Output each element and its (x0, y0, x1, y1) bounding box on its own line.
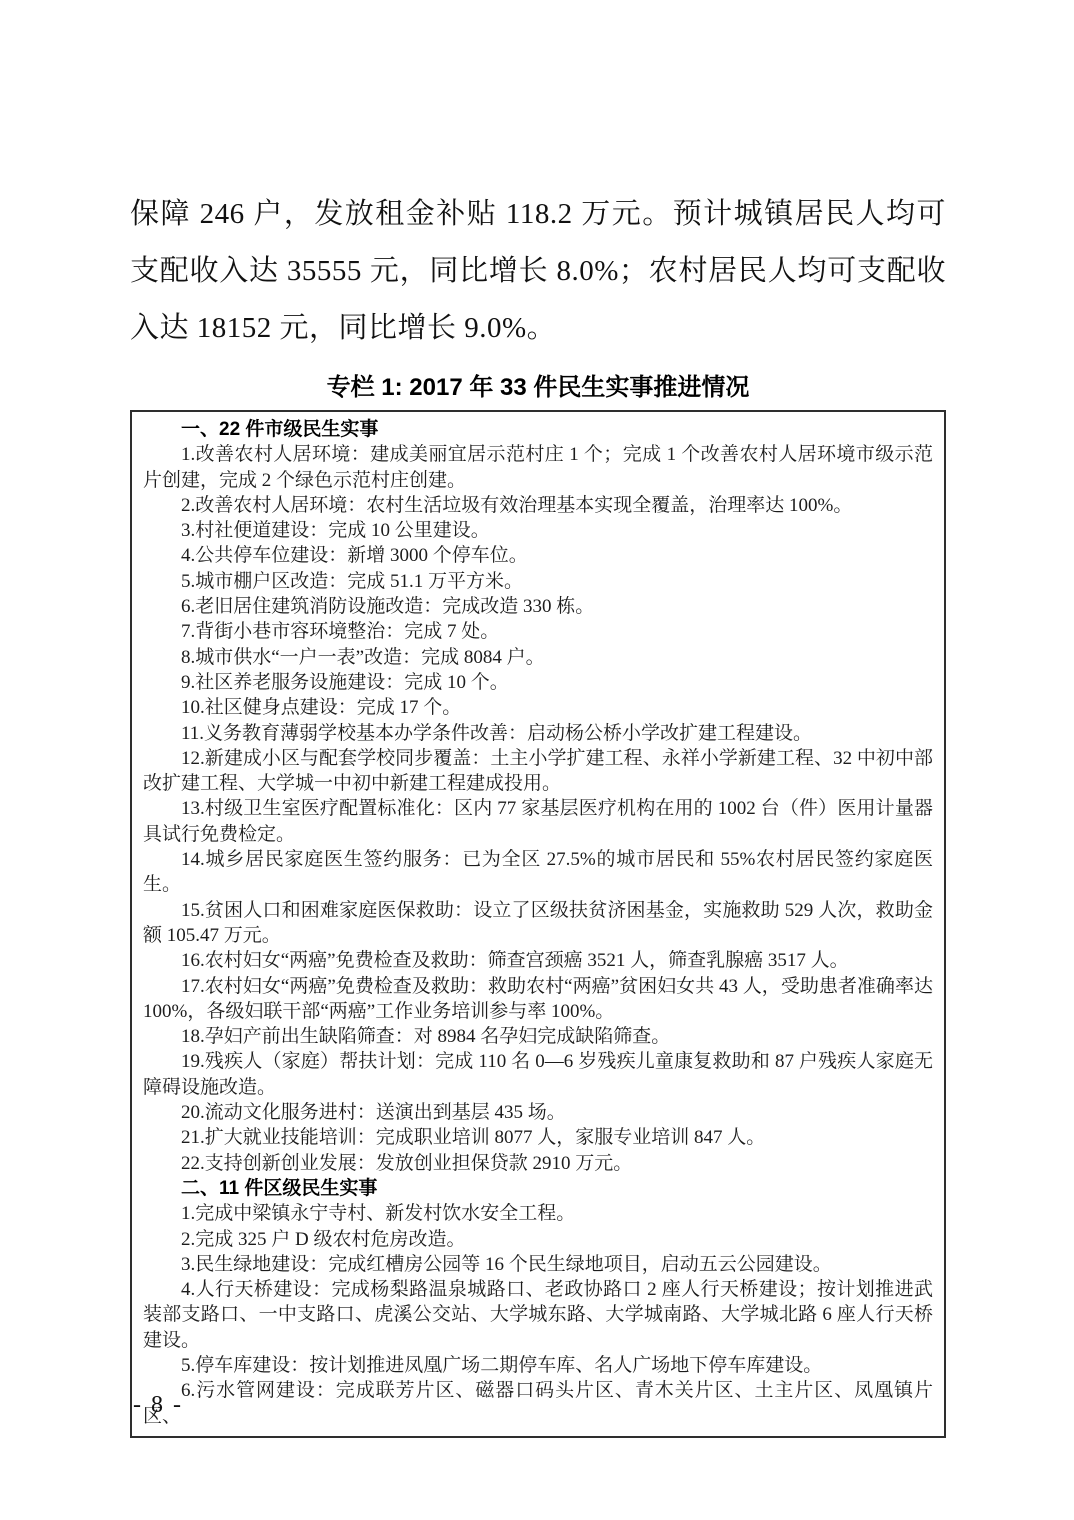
list-item: 3.村社便道建设：完成 10 公里建设。 (143, 518, 933, 543)
list-item: 13.村级卫生室医疗配置标准化：区内 77 家基层医疗机构在用的 1002 台（… (143, 796, 933, 847)
list-item: 12.新建成小区与配套学校同步覆盖：土主小学扩建工程、永祥小学新建工程、32 中… (143, 746, 933, 797)
highlight-box: 一、22 件市级民生实事 1.改善农村人居环境：建成美丽宜居示范村庄 1 个；完… (130, 410, 946, 1438)
list-item: 17.农村妇女“两癌”免费检查及救助：救助农村“两癌”贫困妇女共 43 人，受助… (143, 974, 933, 1025)
list-item: 6.老旧居住建筑消防设施改造：完成改造 330 栋。 (143, 594, 933, 619)
list-item: 4.公共停车位建设：新增 3000 个停车位。 (143, 543, 933, 568)
list-item: 5.停车库建设：按计划推进凤凰广场二期停车库、名人广场地下停车库建设。 (143, 1353, 933, 1378)
section-heading-district: 二、11 件区级民生实事 (143, 1176, 933, 1201)
list-item: 16.农村妇女“两癌”免费检查及救助：筛查宫颈癌 3521 人，筛查乳腺癌 35… (143, 948, 933, 973)
list-item: 3.民生绿地建设：完成红槽房公园等 16 个民生绿地项目，启动五云公园建设。 (143, 1252, 933, 1277)
list-item: 18.孕妇产前出生缺陷筛查：对 8984 名孕妇完成缺陷筛查。 (143, 1024, 933, 1049)
list-item: 6.污水管网建设：完成联芳片区、磁器口码头片区、青木关片区、土主片区、凤凰镇片区… (143, 1378, 933, 1429)
list-item: 8.城市供水“一户一表”改造：完成 8084 户。 (143, 645, 933, 670)
list-item: 15.贫困人口和困难家庭医保救助：设立了区级扶贫济困基金，实施救助 529 人次… (143, 898, 933, 949)
document-body: 保障 246 户，发放租金补贴 118.2 万元。预计城镇居民人均可支配收入达 … (130, 186, 946, 1438)
list-item: 14.城乡居民家庭医生签约服务：已为全区 27.5%的城市居民和 55%农村居民… (143, 847, 933, 898)
list-item: 7.背街小巷市容环境整治：完成 7 处。 (143, 619, 933, 644)
list-item: 11.义务教育薄弱学校基本办学条件改善：启动杨公桥小学改扩建工程建设。 (143, 721, 933, 746)
box-title: 专栏 1: 2017 年 33 件民生实事推进情况 (130, 367, 946, 402)
list-item: 2.改善农村人居环境：农村生活垃圾有效治理基本实现全覆盖，治理率达 100%。 (143, 493, 933, 518)
page-number: - 8 - (133, 1392, 183, 1419)
list-item: 22.支持创新创业发展：发放创业担保贷款 2910 万元。 (143, 1151, 933, 1176)
list-item: 1.完成中梁镇永宁寺村、新发村饮水安全工程。 (143, 1201, 933, 1226)
list-item: 21.扩大就业技能培训：完成职业培训 8077 人，家服专业培训 847 人。 (143, 1125, 933, 1150)
list-item: 20.流动文化服务进村：送演出到基层 435 场。 (143, 1100, 933, 1125)
list-item: 9.社区养老服务设施建设：完成 10 个。 (143, 670, 933, 695)
list-item: 1.改善农村人居环境：建成美丽宜居示范村庄 1 个；完成 1 个改善农村人居环境… (143, 442, 933, 493)
list-item: 2.完成 325 户 D 级农村危房改造。 (143, 1227, 933, 1252)
list-item: 19.残疾人（家庭）帮扶计划：完成 110 名 0—6 岁残疾儿童康复救助和 8… (143, 1049, 933, 1100)
section-heading-city: 一、22 件市级民生实事 (143, 417, 933, 442)
list-item: 4.人行天桥建设：完成杨梨路温泉城路口、老政协路口 2 座人行天桥建设；按计划推… (143, 1277, 933, 1353)
list-item: 5.城市棚户区改造：完成 51.1 万平方米。 (143, 569, 933, 594)
intro-paragraph: 保障 246 户，发放租金补贴 118.2 万元。预计城镇居民人均可支配收入达 … (130, 186, 946, 357)
list-item: 10.社区健身点建设：完成 17 个。 (143, 695, 933, 720)
